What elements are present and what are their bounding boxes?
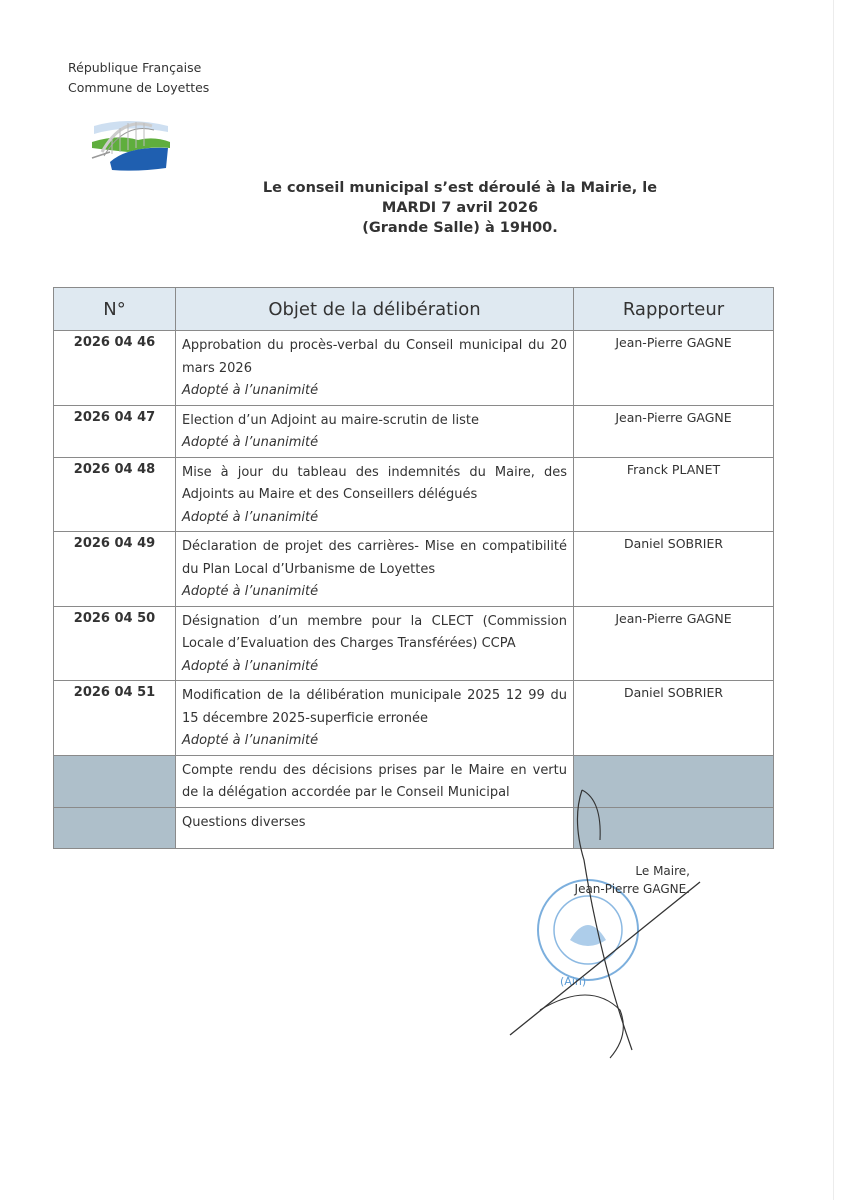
vote-status: Adopté à l’unanimité [182, 380, 567, 403]
vote-status: Adopté à l’unanimité [182, 507, 567, 530]
commune-logo-bridge-icon [88, 112, 172, 174]
meeting-title: Le conseil municipal s’est déroulé à la … [200, 178, 720, 238]
object-text: Election d’un Adjoint au maire-scrutin d… [182, 413, 479, 428]
deliberation-number: 2026 04 51 [54, 681, 176, 756]
deliberation-number: 2026 04 46 [54, 331, 176, 406]
vote-status: Adopté à l’unanimité [182, 656, 567, 679]
vote-status: Adopté à l’unanimité [182, 432, 567, 455]
deliberations-table: N° Objet de la délibération Rapporteur 2… [53, 287, 774, 849]
org-line-commune: Commune de Loyettes [68, 78, 209, 98]
table-row: 2026 04 51Modification de la délibératio… [54, 681, 774, 756]
mayor-stamp-and-signature: (Ain) [500, 780, 730, 1060]
empty-shaded-cell [54, 755, 176, 807]
title-line-1: Le conseil municipal s’est déroulé à la … [200, 178, 720, 198]
title-date: MARDI 7 avril 2026 [200, 198, 720, 218]
signature-block: Le Maire, Jean-Pierre GAGNE. [560, 862, 690, 898]
title-place-time: (Grande Salle) à 19H00. [200, 218, 720, 238]
signature-name: Jean-Pierre GAGNE. [560, 880, 690, 898]
deliberation-object: Approbation du procès-verbal du Conseil … [176, 331, 574, 406]
signature-title: Le Maire, [560, 862, 690, 880]
header-objet: Objet de la délibération [176, 288, 574, 331]
deliberation-object: Désignation d’un membre pour la CLECT (C… [176, 606, 574, 681]
table-header-row: N° Objet de la délibération Rapporteur [54, 288, 774, 331]
header-num: N° [54, 288, 176, 331]
organization-header: République Française Commune de Loyettes [68, 58, 209, 98]
object-text: Mise à jour du tableau des indemnités du… [182, 465, 567, 503]
rapporteur: Daniel SOBRIER [574, 532, 774, 607]
vote-status: Adopté à l’unanimité [182, 581, 567, 604]
table-row: 2026 04 47Election d’un Adjoint au maire… [54, 405, 774, 457]
empty-shaded-cell [54, 807, 176, 848]
table-row: 2026 04 46Approbation du procès-verbal d… [54, 331, 774, 406]
rapporteur: Jean-Pierre GAGNE [574, 606, 774, 681]
table-row: 2026 04 50Désignation d’un membre pour l… [54, 606, 774, 681]
header-rapporteur: Rapporteur [574, 288, 774, 331]
object-text: Déclaration de projet des carrières- Mis… [182, 539, 567, 577]
table-row: 2026 04 48Mise à jour du tableau des ind… [54, 457, 774, 532]
deliberation-number: 2026 04 48 [54, 457, 176, 532]
object-text: Modification de la délibération municipa… [182, 688, 567, 726]
table-row: 2026 04 49Déclaration de projet des carr… [54, 532, 774, 607]
rapporteur: Jean-Pierre GAGNE [574, 405, 774, 457]
deliberation-number: 2026 04 50 [54, 606, 176, 681]
deliberation-object: Déclaration de projet des carrières- Mis… [176, 532, 574, 607]
page-edge [833, 0, 834, 1200]
rapporteur: Franck PLANET [574, 457, 774, 532]
org-line-republic: République Française [68, 58, 209, 78]
deliberation-object: Election d’un Adjoint au maire-scrutin d… [176, 405, 574, 457]
deliberation-object: Mise à jour du tableau des indemnités du… [176, 457, 574, 532]
deliberation-object: Modification de la délibération municipa… [176, 681, 574, 756]
vote-status: Adopté à l’unanimité [182, 730, 567, 753]
deliberation-number: 2026 04 47 [54, 405, 176, 457]
deliberation-number: 2026 04 49 [54, 532, 176, 607]
rapporteur: Daniel SOBRIER [574, 681, 774, 756]
object-text: Approbation du procès-verbal du Conseil … [182, 338, 567, 376]
object-text: Désignation d’un membre pour la CLECT (C… [182, 614, 567, 652]
rapporteur: Jean-Pierre GAGNE [574, 331, 774, 406]
